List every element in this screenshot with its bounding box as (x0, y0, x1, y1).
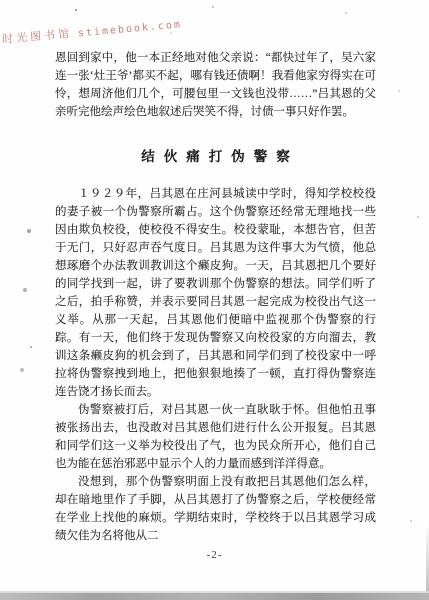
page-text-column: 恩回到家中，他一本正经地对他父亲说：“都快过年了，吴六家连一张‘灶王爷’都买不起… (55, 49, 376, 545)
scan-bottom-edge-shadow (0, 591, 429, 600)
watermark-site-url: stimebook.com (78, 19, 183, 39)
page-number: -2- (0, 549, 429, 561)
paragraph-continuation: 恩回到家中，他一本正经地对他父亲说：“都快过年了，吴六家连一张‘灶王爷’都买不起… (55, 49, 376, 121)
watermark: 时光图书馆stimebook.com (1, 14, 182, 48)
paragraph-1: １９２９年，吕其恩在庄河县城读中学时，得知学校校役的妻子被一个伪警察所霸占。这个… (55, 185, 376, 401)
paragraph-2: 伪警察被打后，对吕其恩一伙一直耿耿于怀。但他怕丑事被张扬出去，也没敢对吕其恩他们… (55, 401, 376, 473)
section-heading: 结伙痛打伪警察 (55, 147, 376, 167)
book-page-scan: 时光图书馆stimebook.com 恩回到家中，他一本正经地对他父亲说：“都快… (0, 0, 429, 600)
scan-noise-specks (0, 0, 2, 2)
watermark-library-name: 时光图书馆 (2, 28, 73, 46)
paragraph-3: 没想到，那个伪警察明面上没有敢把吕其恩他们怎么样，却在暗地里作了手脚，从吕其恩打… (55, 473, 376, 545)
